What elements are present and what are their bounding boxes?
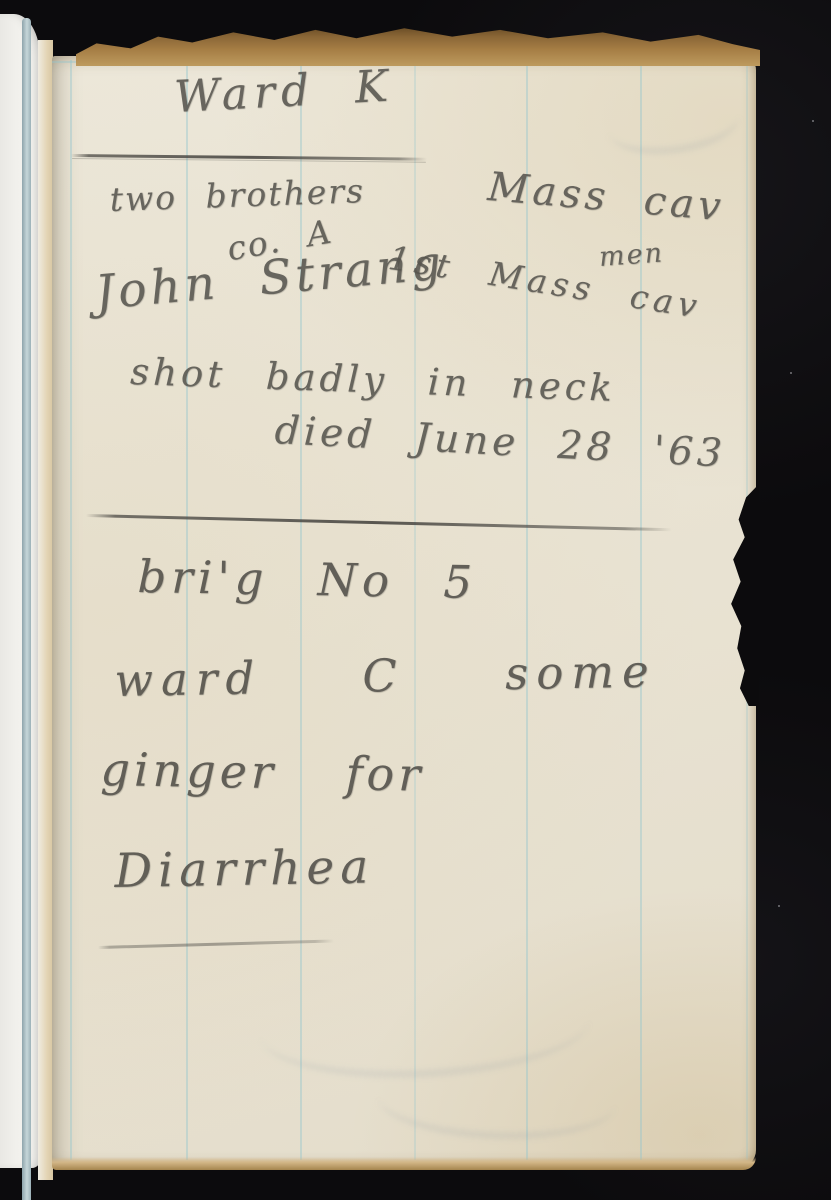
dust-speck [778, 905, 780, 907]
ledger-line-vertical [70, 60, 72, 1160]
line-ward-c-some: ward C some [114, 645, 657, 707]
ink-bleed-through-mark [605, 85, 744, 162]
right-edge-tear [725, 484, 759, 706]
pencil-section-divider [86, 514, 672, 531]
photo-background: Ward K two brothers Mass cav men co. A 1… [0, 0, 831, 1200]
notebook-page: Ward K two brothers Mass cav men co. A 1… [52, 56, 756, 1168]
line-men: men [598, 237, 665, 272]
page-bottom-edge [52, 1157, 756, 1170]
heading-ward-k: Ward K [173, 61, 395, 123]
page-stack-edge [38, 40, 53, 1180]
faint-pencil-stroke [98, 939, 334, 949]
ledger-line-vertical [186, 60, 188, 1160]
line-diarrhea: Diarrhea [114, 839, 375, 899]
dust-speck [790, 372, 792, 374]
line-shot-badly: shot badly in neck [129, 350, 616, 410]
ledger-line-vertical [640, 60, 642, 1160]
pencil-underline [71, 154, 427, 161]
line-ginger-for: ginger for [100, 742, 425, 802]
facing-page-edge [0, 14, 40, 1168]
line-mass-cav: Mass cav [486, 164, 727, 231]
line-brig-no-5: bri'g No 5 [137, 550, 477, 609]
line-died-june: died June 28 '63 [274, 408, 727, 477]
torn-top-edge [76, 24, 760, 66]
dust-speck [812, 120, 814, 122]
spine-cloth-strip [22, 18, 31, 1200]
ink-bleed-through-mark [377, 1058, 618, 1143]
